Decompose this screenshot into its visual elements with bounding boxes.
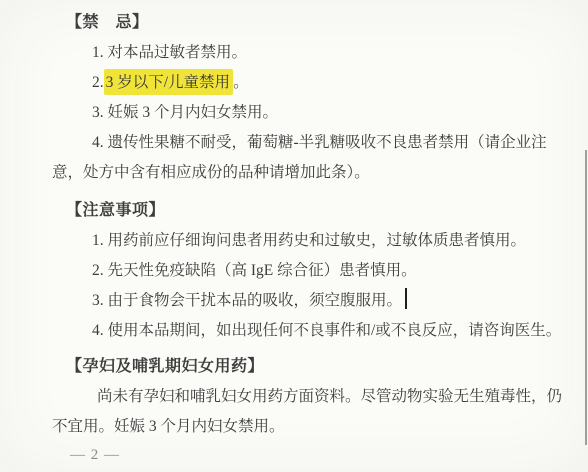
section-heading-pregnancy: 【孕妇及哺乳期妇女用药】 xyxy=(66,352,570,382)
precautions-item-2: 2. 先天性免疫缺陷（高 IgE 综合征）患者慎用。 xyxy=(52,256,570,286)
item-text: 2. 先天性免疫缺陷（高 IgE 综合征）患者慎用。 xyxy=(92,262,417,279)
precautions-item-1: 1. 用药前应仔细询问患者用药史和过敏史，过敏体质患者慎用。 xyxy=(52,226,570,256)
text-cursor-caret xyxy=(405,288,407,309)
contraindications-item-4: 4. 遗传性果糖不耐受，葡萄糖-半乳糖吸收不良患者禁用（请企业注意，处方中含有相… xyxy=(52,128,570,188)
document-page: 【禁 忌】 1. 对本品过敏者禁用。 2.3 岁以下/儿童禁用。 3. 妊娠 3… xyxy=(0,0,588,472)
precautions-item-4: 4. 使用本品期间，如出现任何不良事件和/或不良反应，请咨询医生。 xyxy=(52,316,570,346)
item-text: 4. 使用本品期间，如出现任何不良事件和/或不良反应，请咨询医生。 xyxy=(92,322,561,339)
item-text: 4. 遗传性果糖不耐受，葡萄糖-半乳糖吸收不良患者禁用（请企业注意，处方中含有相… xyxy=(52,134,547,181)
section-heading-precautions: 【注意事项】 xyxy=(66,196,570,226)
highlighted-text: 3 岁以下/儿童禁用 xyxy=(104,69,233,95)
page-edge-shadow xyxy=(585,150,587,445)
section-heading-contraindications: 【禁 忌】 xyxy=(66,8,570,38)
item-text: 1. 用药前应仔细询问患者用药史和过敏史，过敏体质患者慎用。 xyxy=(92,232,526,249)
item-text: 3. 妊娠 3 个月内妇女禁用。 xyxy=(92,104,278,121)
item-text: 。 xyxy=(233,74,249,91)
page-number: — 2 — xyxy=(70,445,570,465)
pregnancy-paragraph: 尚未有孕妇和哺乳妇女用药方面资料。尽管动物实验无生殖毒性，仍不宜用。妊娠 3 个… xyxy=(52,382,570,442)
paragraph-text: 尚未有孕妇和哺乳妇女用药方面资料。尽管动物实验无生殖毒性，仍不宜用。妊娠 3 个… xyxy=(52,388,562,435)
contraindications-item-1: 1. 对本品过敏者禁用。 xyxy=(52,38,570,68)
contraindications-item-3: 3. 妊娠 3 个月内妇女禁用。 xyxy=(52,98,570,128)
item-text: 1. 对本品过敏者禁用。 xyxy=(92,44,247,61)
item-text: 2. xyxy=(92,74,104,91)
precautions-item-3: 3. 由于食物会干扰本品的吸收，须空腹服用。 xyxy=(52,286,570,316)
contraindications-item-2: 2.3 岁以下/儿童禁用。 xyxy=(52,68,570,98)
item-text: 3. 由于食物会干扰本品的吸收，须空腹服用。 xyxy=(92,292,402,309)
